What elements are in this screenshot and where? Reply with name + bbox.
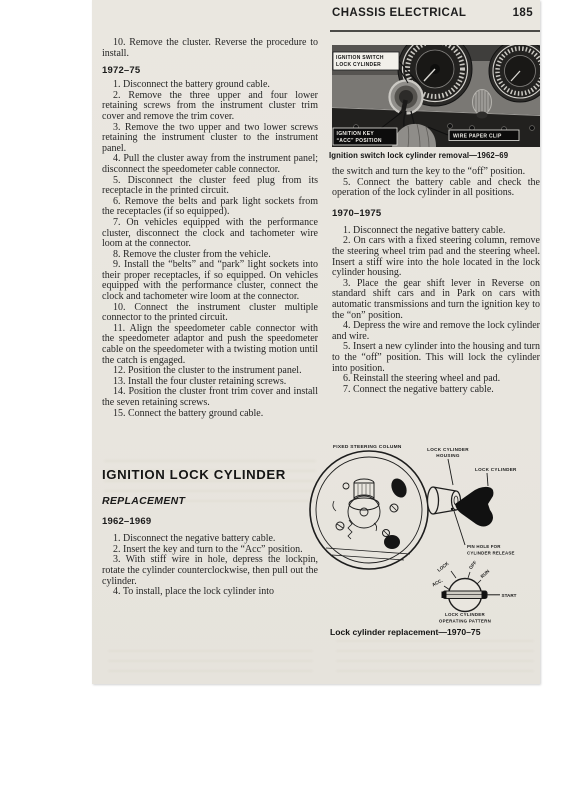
dial-position-start: START (502, 593, 517, 598)
lock-cylinder-diagram: FIXED STEERING COLUMN (304, 438, 540, 628)
section-heading-1962-1969: 1962–1969 (102, 516, 318, 527)
svg-text:LOCK CYLINDER: LOCK CYLINDER (445, 612, 486, 617)
svg-text:WIRE PAPER CLIP: WIRE PAPER CLIP (453, 134, 502, 140)
procedure-step: 6. Remove the belts and park light socke… (102, 197, 318, 218)
page-number: 185 (513, 7, 539, 19)
section-heading-1972-75: 1972–75 (102, 65, 318, 76)
diagram-caption: Lock cylinder replacement—1970–75 (330, 627, 480, 637)
column-left: 10. Remove the cluster. Reverse the proc… (102, 38, 318, 598)
procedure-step: 3. Remove the two upper and two lower sc… (102, 123, 318, 155)
procedure-step: 4. To install, place the lock cylinder i… (102, 587, 318, 598)
replacement-heading: REPLACEMENT (102, 495, 318, 507)
lock-cylinder-housing-drawing (428, 487, 461, 514)
svg-text:CYLINDER RELEASE: CYLINDER RELEASE (467, 551, 515, 556)
procedure-step: 7. On vehicles equipped with the perform… (102, 218, 318, 250)
ignition-switch-photo: IGNITION SWITCH LOCK CYLINDER IGNITION K… (332, 45, 540, 147)
photo-caption: Ignition switch lock cylinder removal—19… (329, 151, 540, 160)
label-lock-cylinder: LOCK CYLINDER (475, 467, 517, 486)
procedure-step: 7. Connect the negative battery cable. (332, 385, 540, 396)
photo-label-ignition-key: IGNITION KEY “ACC” POSITION (333, 128, 397, 145)
procedure-step: 15. Connect the battery ground cable. (102, 409, 318, 420)
procedure-step: 10. Connect the instrument cluster multi… (102, 303, 318, 324)
label-lock-cylinder-housing: LOCK CYLINDER HOUSING (427, 447, 469, 485)
manual-page: CHASSIS ELECTRICAL 185 10. Remove the cl… (92, 0, 540, 684)
procedure-step: 2. On cars with a fixed steering column,… (332, 236, 540, 278)
ignition-operating-pattern-dial: ACC. LOCK OFF RUN START (431, 560, 516, 612)
svg-text:LOCK CYLINDER: LOCK CYLINDER (427, 447, 469, 452)
svg-text:HOUSING: HOUSING (436, 453, 460, 458)
ignition-lock-cylinder-heading: IGNITION LOCK CYLINDER (102, 467, 318, 482)
pin-hole (451, 508, 453, 510)
print-bleed-artifact (108, 650, 313, 676)
procedure-step: 4. Pull the cluster away from the instru… (102, 154, 318, 175)
lock-cylinder-shape (455, 487, 493, 527)
page-title: CHASSIS ELECTRICAL (332, 7, 466, 19)
page-header: CHASSIS ELECTRICAL 185 (332, 7, 539, 19)
svg-text:OPERATING PATTERN: OPERATING PATTERN (439, 619, 491, 624)
procedure-step: 2. Remove the three upper and four lower… (102, 91, 318, 123)
section-heading-1970-1975: 1970–1975 (332, 208, 540, 219)
svg-text:LOCK CYLINDER: LOCK CYLINDER (475, 467, 517, 472)
svg-text:LOCK CYLINDER: LOCK CYLINDER (336, 62, 381, 68)
procedure-step: 14. Position the cluster front trim cove… (102, 387, 318, 408)
procedure-step: 4. Depress the wire and remove the lock … (332, 321, 540, 342)
photo-label-wire-paper-clip: WIRE PAPER CLIP (449, 130, 519, 141)
header-rule (330, 30, 540, 32)
column-right: the switch and turn the key to the “off”… (332, 167, 540, 395)
procedure-step: 9. Install the “belts” and “park” light … (102, 260, 318, 302)
dial-position-off: OFF (468, 560, 478, 570)
dial-position-lock: LOCK (436, 560, 450, 572)
label-fixed-steering-column: FIXED STEERING COLUMN (333, 444, 402, 450)
svg-text:PIN HOLE FOR: PIN HOLE FOR (467, 544, 501, 549)
procedure-step: 10. Remove the cluster. Reverse the proc… (102, 38, 318, 59)
steering-column-drawing (310, 451, 428, 569)
label-operating-pattern: LOCK CYLINDER OPERATING PATTERN (439, 612, 491, 624)
procedure-step: 5. Disconnect the cluster feed plug from… (102, 176, 318, 197)
procedure-step: 3. With stiff wire in hole, depress the … (102, 555, 318, 587)
procedure-step: 5. Connect the battery cable and check t… (332, 178, 540, 199)
svg-text:“ACC” POSITION: “ACC” POSITION (337, 138, 382, 144)
dial-position-acc: ACC. (431, 578, 443, 588)
print-bleed-artifact (336, 640, 534, 674)
photo-label-ignition-switch: IGNITION SWITCH LOCK CYLINDER (333, 52, 399, 70)
procedure-step: 11. Align the speedometer cable connecto… (102, 324, 318, 366)
procedure-step: 3. Place the gear shift lever in Reverse… (332, 279, 540, 321)
svg-text:IGNITION KEY: IGNITION KEY (337, 131, 375, 137)
svg-text:IGNITION SWITCH: IGNITION SWITCH (336, 55, 384, 61)
procedure-step: 5. Insert a new cylinder into the housin… (332, 342, 540, 374)
dial-position-run: RUN (480, 568, 491, 579)
procedure-step: the switch and turn the key to the “off”… (332, 167, 540, 178)
